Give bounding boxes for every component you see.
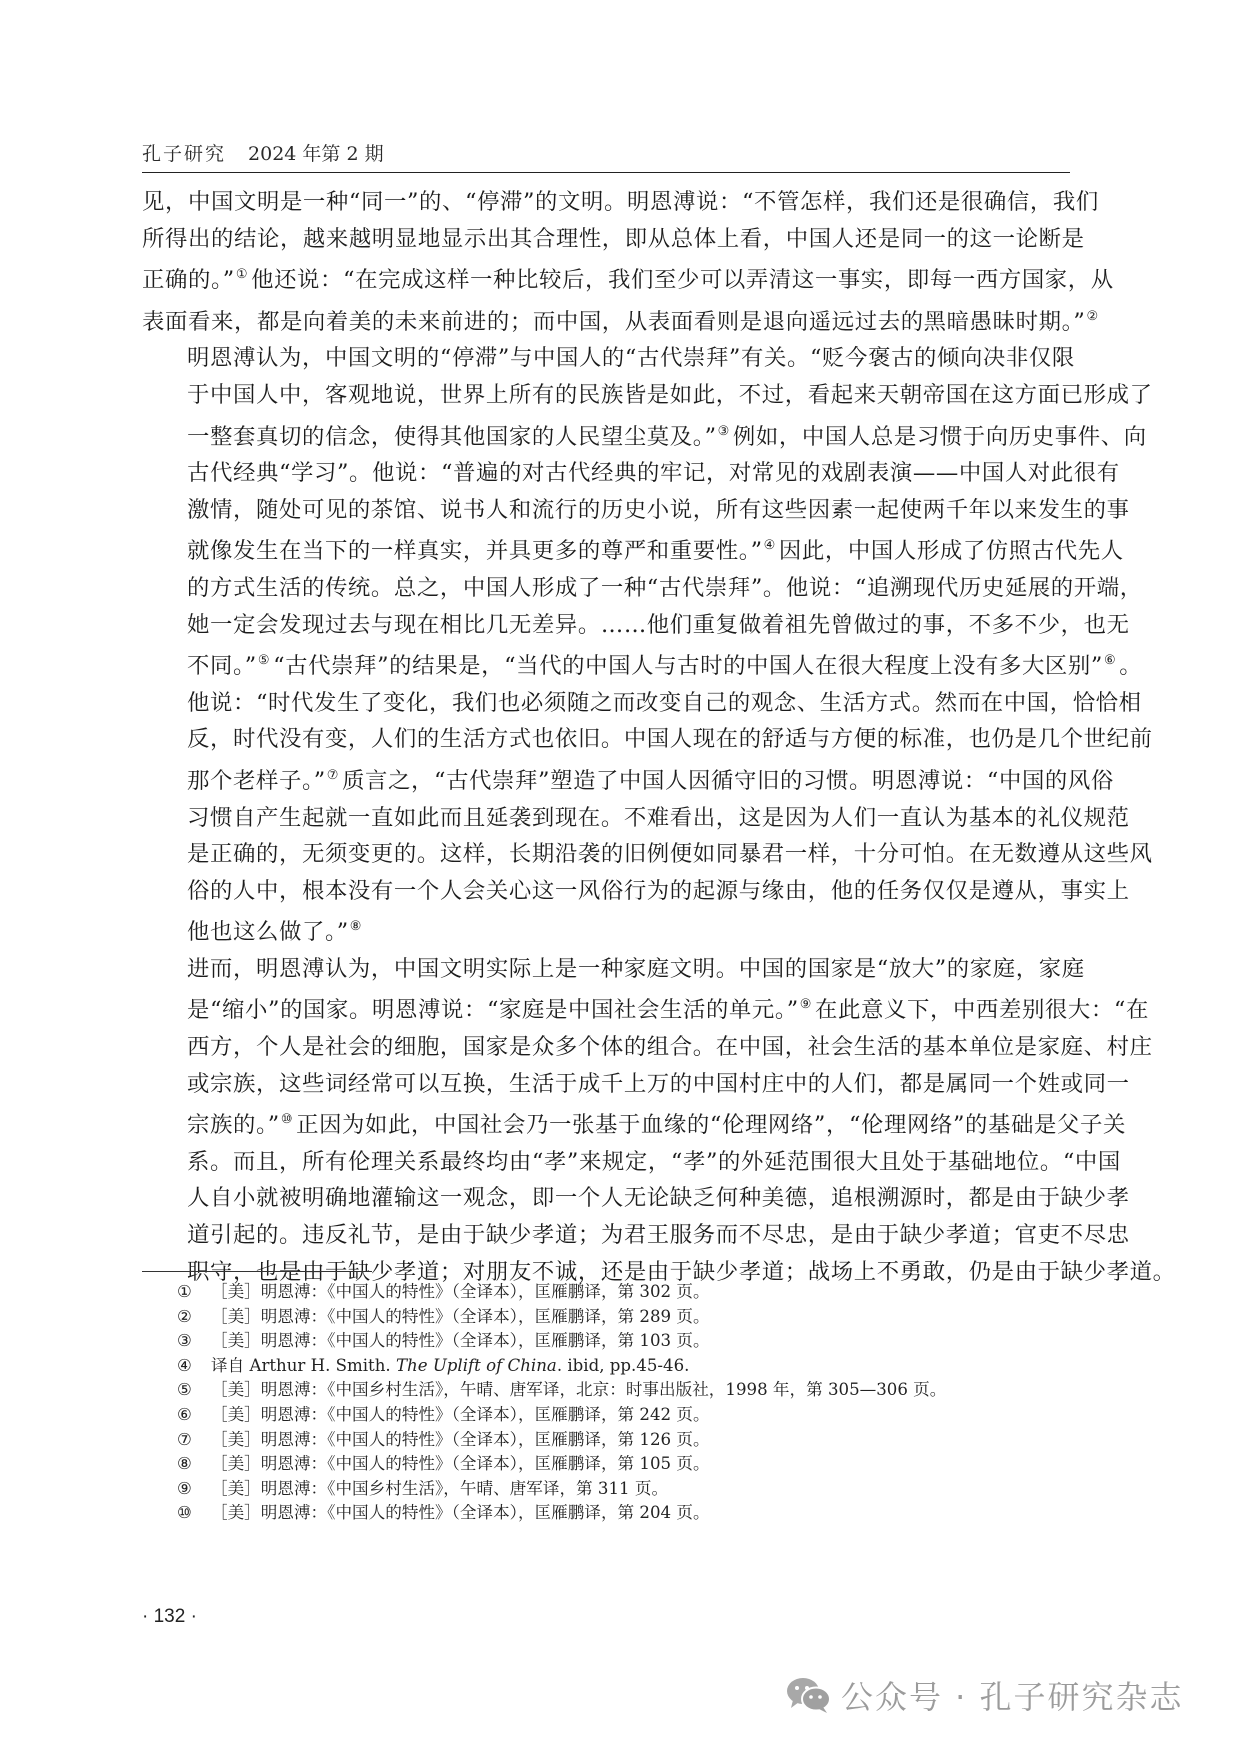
footnote-rule <box>142 1271 372 1272</box>
text-line: 进而，明恩溥认为，中国文明实际上是一种家庭文明。中国的国家是“放大”的家庭，家庭 <box>142 951 1070 988</box>
footnote-text: ［美］明恩溥：《中国乡村生活》，午晴、唐军译，第 311 页。 <box>211 1479 668 1498</box>
text-line: 不同。”⑤“古代崇拜”的结果是，“当代的中国人与古时的中国人在很大程度上没有多大… <box>142 643 1070 685</box>
running-header: 孔子研究2024 年第 2 期 <box>142 141 1070 167</box>
footnote-item: ⑦［美］明恩溥：《中国人的特性》（全译本），匡雁鹏译，第 126 页。 <box>142 1428 1070 1453</box>
paragraph: 明恩溥认为，中国文明的“停滞”与中国人的“古代崇拜”有关。“贬今褒古的倾向决非仅… <box>142 340 1070 951</box>
text-line: 那个老样子。”⑦质言之，“古代崇拜”塑造了中国人因循守旧的习惯。明恩溥说：“中国… <box>142 758 1070 800</box>
issue-label: 2024 年第 2 期 <box>248 143 384 165</box>
text-line: 俗的人中，根本没有一个人会关心这一风俗行为的起源与缘由，他的任务仅仅是遵从，事实… <box>142 873 1070 910</box>
footnote-reference[interactable]: ⑨ <box>800 997 812 1012</box>
footnote-title: The Uplift of China <box>396 1356 557 1375</box>
text-line: 古代经典“学习”。他说：“普遍的对古代经典的牢记，对常见的戏剧表演——中国人对此… <box>142 455 1070 492</box>
paragraph: 见，中国文明是一种“同一”的、“停滞”的文明。明恩溥说：“不管怎样，我们还是很确… <box>142 184 1070 340</box>
footnotes: ①［美］明恩溥：《中国人的特性》（全译本），匡雁鹏译，第 302 页。②［美］明… <box>142 1280 1070 1526</box>
footnote-prefix: 译自 Arthur H. Smith. <box>211 1356 396 1375</box>
text-line: 系。而且，所有伦理关系最终均由“孝”来规定，“孝”的外延范围很大且处于基础地位。… <box>142 1144 1070 1181</box>
footnote-item: ⑧［美］明恩溥：《中国人的特性》（全译本），匡雁鹏译，第 105 页。 <box>142 1452 1070 1477</box>
footnote-reference[interactable]: ① <box>236 267 248 282</box>
header-rule <box>142 172 1070 173</box>
text-line: 人自小就被明确地灌输这一观念，即一个人无论缺乏何种美德，追根溯源时，都是由于缺少… <box>142 1180 1070 1217</box>
footnote-item: ⑥［美］明恩溥：《中国人的特性》（全译本），匡雁鹏译，第 242 页。 <box>142 1403 1070 1428</box>
footnote-number: ① <box>177 1280 211 1305</box>
text-line: 是正确的，无须变更的。这样，长期沿袭的旧例便如同暴君一样，十分可怕。在无数遵从这… <box>142 836 1070 873</box>
journal-name: 孔子研究 <box>142 143 226 165</box>
footnote-number: ③ <box>177 1329 211 1354</box>
text-line: 西方，个人是社会的细胞，国家是众多个体的组合。在中国，社会生活的基本单位是家庭、… <box>142 1029 1070 1066</box>
text-line: 正确的。”①他还说：“在完成这样一种比较后，我们至少可以弄清这一事实，即每一西方… <box>142 257 1070 299</box>
footnote-item: ⑤［美］明恩溥：《中国乡村生活》，午晴、唐军译，北京：时事出版社，1998 年，… <box>142 1378 1070 1403</box>
text-line: 道引起的。违反礼节，是由于缺少孝道；为君王服务而不尽忠，是由于缺少孝道；官吏不尽… <box>142 1217 1070 1254</box>
footnote-number: ⑥ <box>177 1403 211 1428</box>
page-number: · 132 · <box>142 1606 197 1628</box>
text-line: 宗族的。”⑩正因为如此，中国社会乃一张基于血缘的“伦理网络”，“伦理网络”的基础… <box>142 1102 1070 1144</box>
footnote-number: ⑤ <box>177 1378 211 1403</box>
footnote-text: ［美］明恩溥：《中国人的特性》（全译本），匡雁鹏译，第 126 页。 <box>211 1430 710 1449</box>
text-line: 反，时代没有变，人们的生活方式也依旧。中国人现在的舒适与方便的标准，也仍是几个世… <box>142 721 1070 758</box>
footnote-suffix: . ibid, pp.45-46. <box>557 1356 690 1375</box>
text-line: 见，中国文明是一种“同一”的、“停滞”的文明。明恩溥说：“不管怎样，我们还是很确… <box>142 184 1070 221</box>
footnote-number: ⑨ <box>177 1477 211 1502</box>
text-line: 他也这么做了。”⑧ <box>142 909 1070 951</box>
footnote-text: ［美］明恩溥：《中国人的特性》（全译本），匡雁鹏译，第 242 页。 <box>211 1405 710 1424</box>
footnote-item: ⑩［美］明恩溥：《中国人的特性》（全译本），匡雁鹏译，第 204 页。 <box>142 1501 1070 1526</box>
paragraph: 进而，明恩溥认为，中国文明实际上是一种家庭文明。中国的国家是“放大”的家庭，家庭… <box>142 951 1070 1290</box>
wechat-icon <box>785 1676 833 1714</box>
watermark: 公众号 · 孔子研究杂志 <box>785 1675 1184 1715</box>
footnote-text: ［美］明恩溥：《中国人的特性》（全译本），匡雁鹏译，第 204 页。 <box>211 1503 710 1522</box>
footnote-number: ⑦ <box>177 1428 211 1453</box>
text-line: 所得出的结论，越来越明显地显示出其合理性，即从总体上看，中国人还是同一的这一论断… <box>142 221 1070 258</box>
footnote-reference[interactable]: ⑧ <box>350 919 362 934</box>
footnote-reference[interactable]: ⑥ <box>1104 653 1116 668</box>
text-line: 习惯自产生起就一直如此而且延袭到现在。不难看出，这是因为人们一直认为基本的礼仪规… <box>142 800 1070 837</box>
footnote-reference[interactable]: ② <box>1086 309 1098 324</box>
text-line: 的方式生活的传统。总之，中国人形成了一种“古代崇拜”。他说：“追溯现代历史延展的… <box>142 570 1070 607</box>
text-line: 明恩溥认为，中国文明的“停滞”与中国人的“古代崇拜”有关。“贬今褒古的倾向决非仅… <box>142 340 1070 377</box>
text-line: 激情，随处可见的茶馆、说书人和流行的历史小说，所有这些因素一起使两千年以来发生的… <box>142 492 1070 529</box>
footnote-reference[interactable]: ⑦ <box>327 768 339 783</box>
footnote-reference[interactable]: ③ <box>718 424 730 439</box>
footnote-item: ②［美］明恩溥：《中国人的特性》（全译本），匡雁鹏译，第 289 页。 <box>142 1305 1070 1330</box>
text-line: 或宗族，这些词经常可以互换，生活于成千上万的中国村庄中的人们，都是属同一个姓或同… <box>142 1066 1070 1103</box>
text-line: 表面看来，都是向着美的未来前进的；而中国，从表面看则是退向遥远过去的黑暗愚昧时期… <box>142 299 1070 341</box>
footnote-reference[interactable]: ⑤ <box>258 653 270 668</box>
footnote-item: ①［美］明恩溥：《中国人的特性》（全译本），匡雁鹏译，第 302 页。 <box>142 1280 1070 1305</box>
footnote-reference[interactable]: ⑩ <box>281 1112 293 1127</box>
footnote-text: ［美］明恩溥：《中国人的特性》（全译本），匡雁鹏译，第 105 页。 <box>211 1454 710 1473</box>
footnote-number: ⑩ <box>177 1501 211 1526</box>
text-line: 她一定会发现过去与现在相比几无差异。……他们重复做着祖先曾做过的事，不多不少，也… <box>142 607 1070 644</box>
footnote-text: ［美］明恩溥：《中国人的特性》（全译本），匡雁鹏译，第 289 页。 <box>211 1307 710 1326</box>
text-line: 他说：“时代发生了变化，我们也必须随之而改变自己的观念、生活方式。然而在中国，恰… <box>142 685 1070 722</box>
text-line: 一整套真切的信念，使得其他国家的人民望尘莫及。”③例如，中国人总是习惯于向历史事… <box>142 414 1070 456</box>
watermark-text: 公众号 · 孔子研究杂志 <box>841 1672 1184 1718</box>
footnote-text: ［美］明恩溥：《中国乡村生活》，午晴、唐军译，北京：时事出版社，1998 年，第… <box>211 1380 946 1399</box>
footnote-reference[interactable]: ④ <box>764 538 776 553</box>
text-line: 是“缩小”的国家。明恩溥说：“家庭是中国社会生活的单元。”⑨在此意义下，中西差别… <box>142 987 1070 1029</box>
footnote-number: ④ <box>177 1354 211 1379</box>
article-body: 见，中国文明是一种“同一”的、“停滞”的文明。明恩溥说：“不管怎样，我们还是很确… <box>142 184 1070 1290</box>
footnote-number: ⑧ <box>177 1452 211 1477</box>
footnote-item: ④译自 Arthur H. Smith. The Uplift of China… <box>142 1354 1070 1379</box>
footnote-number: ② <box>177 1305 211 1330</box>
footnote-item: ③［美］明恩溥：《中国人的特性》（全译本），匡雁鹏译，第 103 页。 <box>142 1329 1070 1354</box>
footnote-text: ［美］明恩溥：《中国人的特性》（全译本），匡雁鹏译，第 302 页。 <box>211 1282 710 1301</box>
text-line: 就像发生在当下的一样真实，并具更多的尊严和重要性。”④因此，中国人形成了仿照古代… <box>142 528 1070 570</box>
footnote-text: ［美］明恩溥：《中国人的特性》（全译本），匡雁鹏译，第 103 页。 <box>211 1331 710 1350</box>
text-line: 于中国人中，客观地说，世界上所有的民族皆是如此，不过，看起来天朝帝国在这方面已形… <box>142 377 1070 414</box>
footnote-item: ⑨［美］明恩溥：《中国乡村生活》，午晴、唐军译，第 311 页。 <box>142 1477 1070 1502</box>
